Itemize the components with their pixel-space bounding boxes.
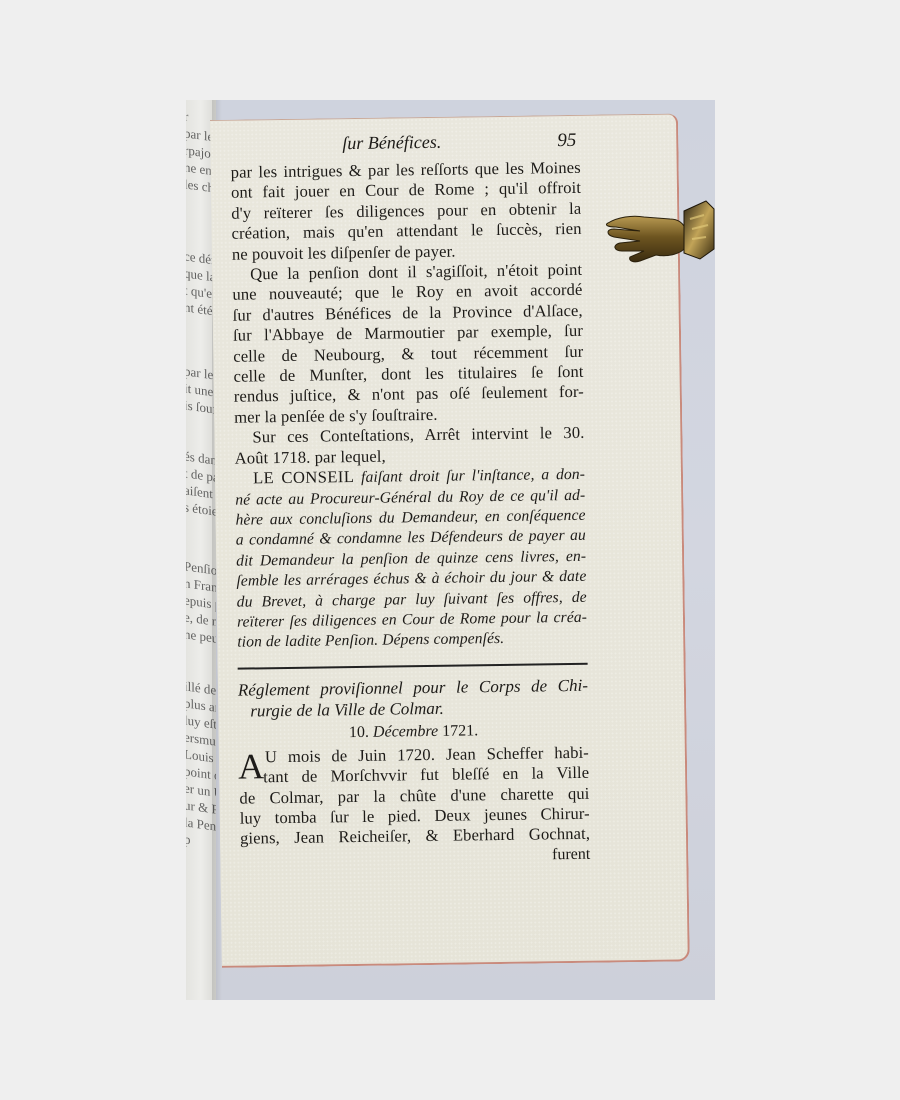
paragraph-arret: LE CONSEIL faiſant droit ſur l'inſtance,…: [235, 464, 588, 654]
page-number: 95: [557, 130, 576, 152]
paragraph-3: Sur ces Conteſtations, Arrêt intervint l…: [234, 423, 585, 469]
section-date: 10. Décembre 1721.: [238, 719, 588, 746]
page-text: par les intrigues & par les reſſorts que…: [231, 158, 591, 870]
drop-capital: A: [238, 748, 265, 784]
pointing-hand-icon: [600, 197, 716, 271]
running-head: ſur Bénéfices. 95: [230, 130, 580, 159]
paragraph-2: Que la penſion dont il s'agiſſoit, n'éto…: [232, 260, 584, 428]
running-head-title: ſur Bénéfices.: [342, 132, 441, 154]
le-conseil-caps: LE CONSEIL: [253, 467, 355, 487]
paragraph-1: par les intrigues & par les reſſorts que…: [231, 158, 582, 265]
section-heading: Réglement proviſionnel pour le Corps de …: [238, 675, 589, 722]
section-body: A U mois de Juin 1720. Jean Scheffer hab…: [239, 743, 591, 870]
section-divider-rule: [238, 663, 588, 670]
